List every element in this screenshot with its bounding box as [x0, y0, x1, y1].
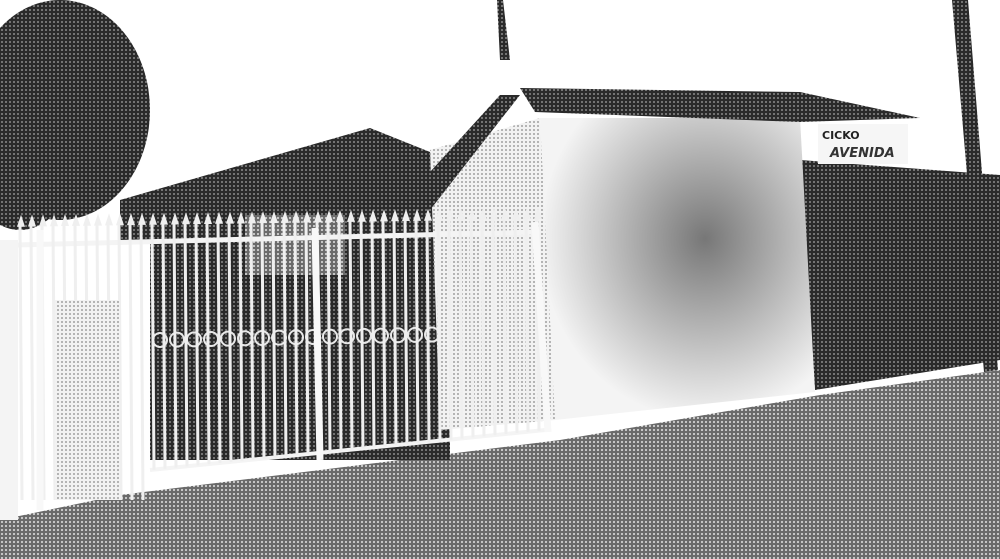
white-wall	[430, 118, 815, 430]
photograph: CICKO AVENIDA	[0, 0, 1000, 559]
sign-text-line1: CICKO	[822, 129, 860, 142]
fence-pillar	[0, 240, 120, 520]
sign-text-line2: AVENIDA	[829, 146, 895, 161]
shop-sign: CICKO AVENIDA	[818, 124, 908, 164]
photo-scene: CICKO AVENIDA	[0, 0, 1000, 559]
tree	[0, 0, 150, 230]
